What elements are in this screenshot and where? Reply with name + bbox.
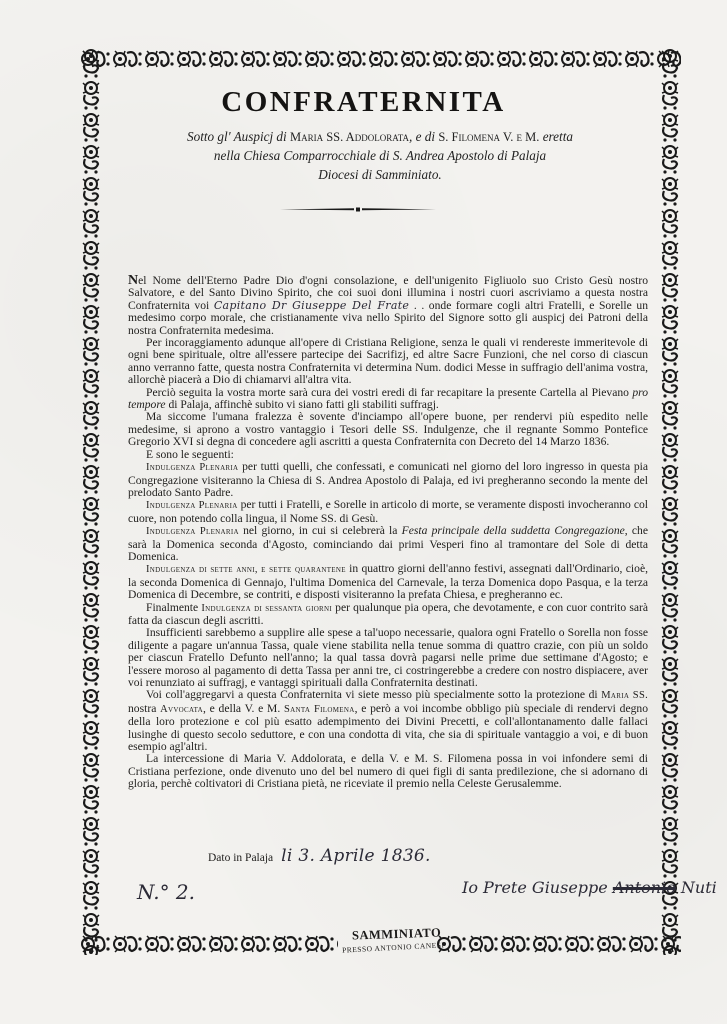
ornamental-border-bottom-left: [80, 933, 338, 955]
paragraph-intercession: La intercessione di Maria V. Addolorata,…: [128, 753, 648, 790]
ornamental-border-right: [659, 48, 681, 955]
paragraph-protection: Voi coll'aggregarvi a questa Confraterni…: [128, 689, 648, 753]
ornamental-border-top: [80, 48, 681, 70]
ornamental-border-left: [80, 48, 102, 955]
document-body: Nel Nome dell'Eterno Padre Dio d'ogni co…: [128, 275, 648, 791]
handwritten-number: N.° 2.: [137, 880, 195, 904]
document-page: CONFRATERNITA Sotto gl' Auspicj di Maria…: [0, 0, 727, 1024]
date-line: Dato in Palajali 3. Aprile 1836.: [208, 846, 431, 866]
paragraph-heirs: Perciò seguita la vostra morte sarà cura…: [128, 387, 648, 412]
indulgence-item: Finalmente Indulgenza di sessanta giorni…: [128, 602, 648, 628]
indulgence-item: Indulgenza di sette anni, e sette quaran…: [128, 563, 648, 601]
document-title: CONFRATERNITA: [0, 86, 727, 119]
paragraph-indulgences-intro: Ma siccome l'umana fralezza è sovente d'…: [128, 411, 648, 448]
handwritten-signature: Io Prete Giuseppe Antonio Nuti: [462, 878, 717, 897]
subtitle-line-2: nella Chiesa Comparrocchiale di S. Andre…: [100, 146, 660, 165]
ornamental-border-bottom-right: [436, 933, 681, 955]
ornamental-divider: [278, 205, 438, 213]
indulgence-item: Indulgenza Plenaria per tutti i Fratelli…: [128, 499, 648, 525]
handwritten-member-name: Capitano Dr Giuseppe Del Frate: [214, 299, 409, 312]
subtitle-line-1: Sotto gl' Auspicj di Maria SS. Addolorat…: [100, 127, 660, 147]
indulgence-item: Indulgenza Plenaria per tutti quelli, ch…: [128, 461, 648, 499]
paragraph-masses: Per incoraggiamento adunque all'opere di…: [128, 337, 648, 387]
handwritten-date: li 3. Aprile 1836.: [281, 846, 431, 866]
indulgence-item: Indulgenza Plenaria nel giorno, in cui s…: [128, 525, 648, 563]
subtitle-line-3: Diocesi di Samminiato.: [100, 165, 660, 184]
paragraph-enrollment: Nel Nome dell'Eterno Padre Dio d'ogni co…: [128, 275, 648, 337]
paragraph-annual-tax: Insufficienti sarebbemo a supplire alle …: [128, 627, 648, 689]
